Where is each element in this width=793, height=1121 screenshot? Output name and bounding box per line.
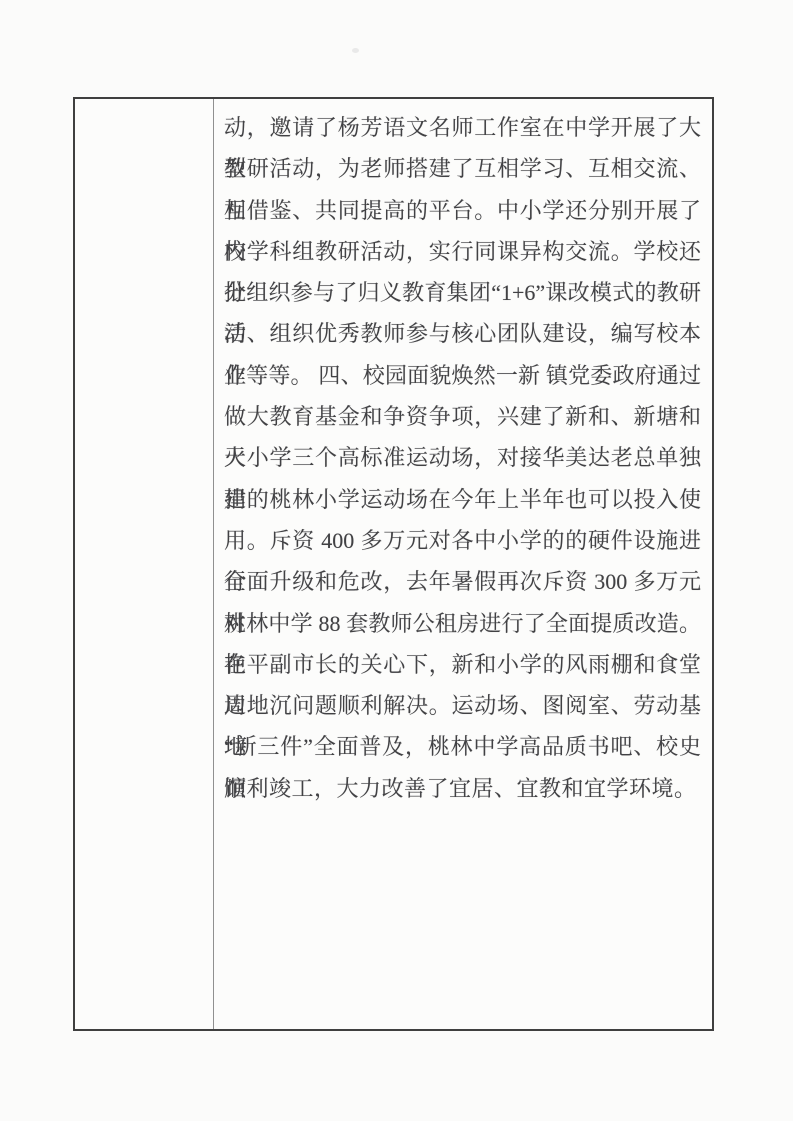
text-line: 做大教育基金和争资争项，兴建了新和、新塘和火 <box>224 396 701 437</box>
text-line: 天小学三个高标准运动场，对接华美达老总单独捐 <box>224 437 701 478</box>
text-line: 艳平副市长的关心下，新和小学的风雨棚和食堂周 <box>224 644 701 685</box>
text-line: 建的桃林小学运动场在今年上半年也可以投入使 <box>224 479 701 520</box>
text-line: 业等等。 四、校园面貌焕然一新 镇党委政府通过 <box>224 355 701 396</box>
text-line: 桃林中学 88 套教师公租房进行了全面提质改造。在 <box>224 603 701 644</box>
text-line: 全面升级和危改，去年暑假再次斥资 300 多万元对 <box>224 561 701 602</box>
table-cell-content: 动，邀请了杨芳语文名师工作室在中学开展了大型 教研活动，为老师搭建了互相学习、互… <box>214 99 712 1029</box>
scanned-document-page: 动，邀请了杨芳语文名师工作室在中学开展了大型 教研活动，为老师搭建了互相学习、互… <box>0 0 793 1121</box>
text-line: 批组织参与了归义教育集团“1+6”课改模式的教研活 <box>224 272 701 313</box>
scan-artifact-speck <box>352 48 359 53</box>
text-line: 顺利竣工，大力改善了宜居、宜教和宜学环境。 <box>224 768 701 809</box>
text-line: 用。斥资 400 多万元对各中小学的的硬件设施进行 <box>224 520 701 561</box>
table-cell-label-empty <box>75 99 214 1029</box>
text-line: 动，邀请了杨芳语文名师工作室在中学开展了大型 <box>224 107 701 148</box>
form-table: 动，邀请了杨芳语文名师工作室在中学开展了大型 教研活动，为老师搭建了互相学习、互… <box>73 97 714 1031</box>
text-line: “新三件”全面普及，桃林中学高品质书吧、校史馆 <box>224 726 701 767</box>
text-line: 边地沉问题顺利解决。运动场、图阅室、劳动基地 <box>224 685 701 726</box>
text-line: 动、组织优秀教师参与核心团队建设，编写校本作 <box>224 313 701 354</box>
text-line: 内学科组教研活动，实行同课异构交流。学校还分 <box>224 231 701 272</box>
text-line: 教研活动，为老师搭建了互相学习、互相交流、互 <box>224 148 701 189</box>
text-line: 相借鉴、共同提高的平台。中小学还分别开展了校 <box>224 190 701 231</box>
